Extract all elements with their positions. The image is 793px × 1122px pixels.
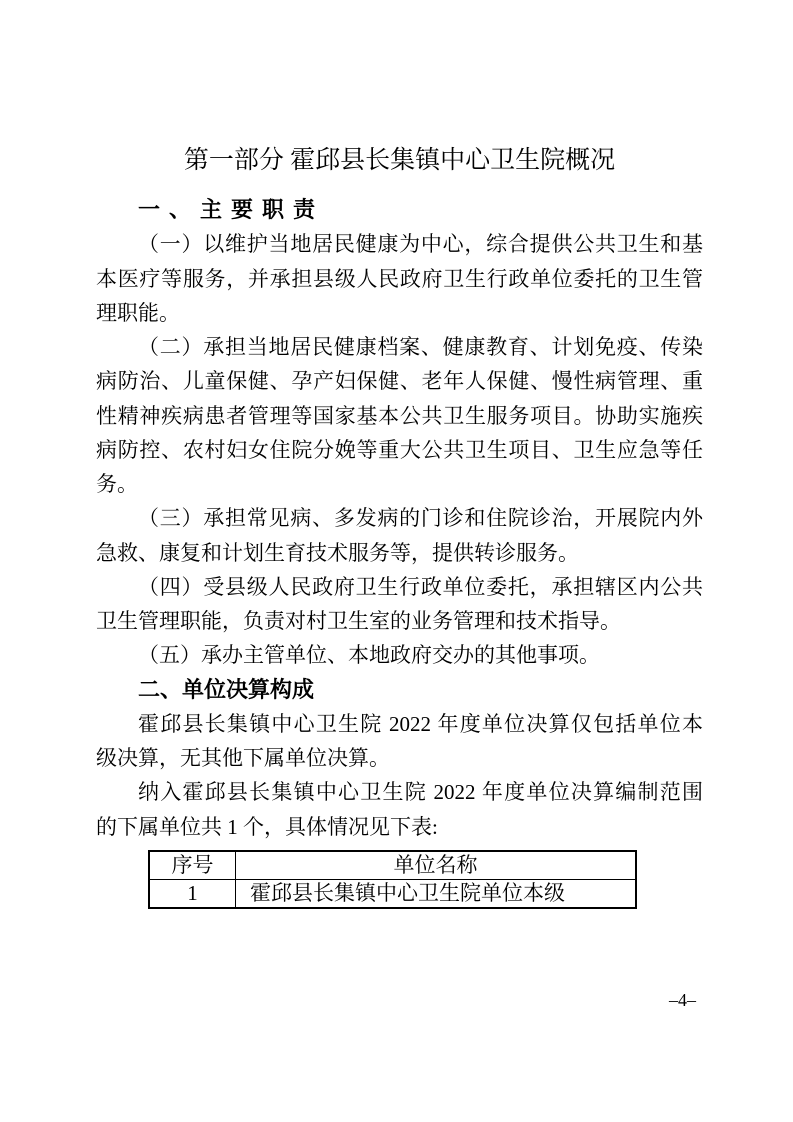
document-title: 第一部分 霍邱县长集镇中心卫生院概况 — [96, 143, 703, 179]
page-number: –4– — [669, 990, 696, 1010]
paragraph-line: 理职能。 — [96, 296, 703, 330]
paragraph-line: 霍邱县长集镇中心卫生院 2022 年度单位决算仅包括单位本 — [96, 707, 703, 741]
paragraph: 纳入霍邱县长集镇中心卫生院 2022 年度单位决算编制范围的下属单位共 1 个，… — [96, 775, 703, 844]
table-row: 1霍邱县长集镇中心卫生院单位本级 — [149, 879, 636, 908]
table-cell-name: 霍邱县长集镇中心卫生院单位本级 — [236, 879, 637, 908]
table-header-cell: 序号 — [149, 851, 236, 880]
paragraph-line: 纳入霍邱县长集镇中心卫生院 2022 年度单位决算编制范围 — [96, 775, 703, 809]
paragraph-line: （一）以维护当地居民健康为中心，综合提供公共卫生和基 — [96, 227, 703, 261]
paragraph: （四）受县级人民政府卫生行政单位委托，承担辖区内公共卫生管理职能，负责对村卫生室… — [96, 570, 703, 639]
paragraph-line: 级决算，无其他下属单位决算。 — [96, 741, 703, 775]
paragraph-line: 的下属单位共 1 个，具体情况见下表: — [96, 810, 703, 844]
document-body: 一、主要职责（一）以维护当地居民健康为中心，综合提供公共卫生和基本医疗等服务，并… — [96, 193, 703, 909]
section-heading: 一、主要职责 — [96, 193, 703, 227]
section-heading: 二、单位决算构成 — [96, 673, 703, 707]
paragraph-line: 性精神疾病患者管理等国家基本公共卫生服务项目。协助实施疾 — [96, 399, 703, 433]
table-cell-seq: 1 — [149, 879, 236, 908]
paragraph-line: 本医疗等服务，并承担县级人民政府卫生行政单位委托的卫生管 — [96, 262, 703, 296]
paragraph: （二）承担当地居民健康档案、健康教育、计划免疫、传染病防治、儿童保健、孕产妇保健… — [96, 330, 703, 501]
paragraph: （一）以维护当地居民健康为中心，综合提供公共卫生和基本医疗等服务，并承担县级人民… — [96, 227, 703, 330]
paragraph: 霍邱县长集镇中心卫生院 2022 年度单位决算仅包括单位本级决算，无其他下属单位… — [96, 707, 703, 776]
paragraph-line: （五）承办主管单位、本地政府交办的其他事项。 — [96, 638, 703, 672]
paragraph-line: （四）受县级人民政府卫生行政单位委托，承担辖区内公共 — [96, 570, 703, 604]
paragraph-line: 病防控、农村妇女住院分娩等重大公共卫生项目、卫生应急等任 — [96, 433, 703, 467]
paragraph-line: （二）承担当地居民健康档案、健康教育、计划免疫、传染 — [96, 330, 703, 364]
document-page: { "document": { "title": "第一部分 霍邱县长集镇中心卫… — [0, 0, 793, 1122]
page: 第一部分 霍邱县长集镇中心卫生院概况 一、主要职责（一）以维护当地居民健康为中心… — [0, 0, 793, 1122]
paragraph: （三）承担常见病、多发病的门诊和住院诊治，开展院内外急救、康复和计划生育技术服务… — [96, 501, 703, 570]
table-header-cell: 单位名称 — [236, 851, 637, 880]
document-content: 第一部分 霍邱县长集镇中心卫生院概况 一、主要职责（一）以维护当地居民健康为中心… — [96, 143, 703, 909]
table-header-row: 序号单位名称 — [149, 851, 636, 880]
paragraph: （五）承办主管单位、本地政府交办的其他事项。 — [96, 638, 703, 672]
paragraph-line: 病防治、儿童保健、孕产妇保健、老年人保健、慢性病管理、重 — [96, 364, 703, 398]
paragraph-line: 卫生管理职能，负责对村卫生室的业务管理和技术指导。 — [96, 604, 703, 638]
paragraph-line: 务。 — [96, 467, 703, 501]
units-table: 序号单位名称1霍邱县长集镇中心卫生院单位本级 — [148, 850, 637, 909]
paragraph-line: 急救、康复和计划生育技术服务等，提供转诊服务。 — [96, 536, 703, 570]
paragraph-line: （三）承担常见病、多发病的门诊和住院诊治，开展院内外 — [96, 501, 703, 535]
